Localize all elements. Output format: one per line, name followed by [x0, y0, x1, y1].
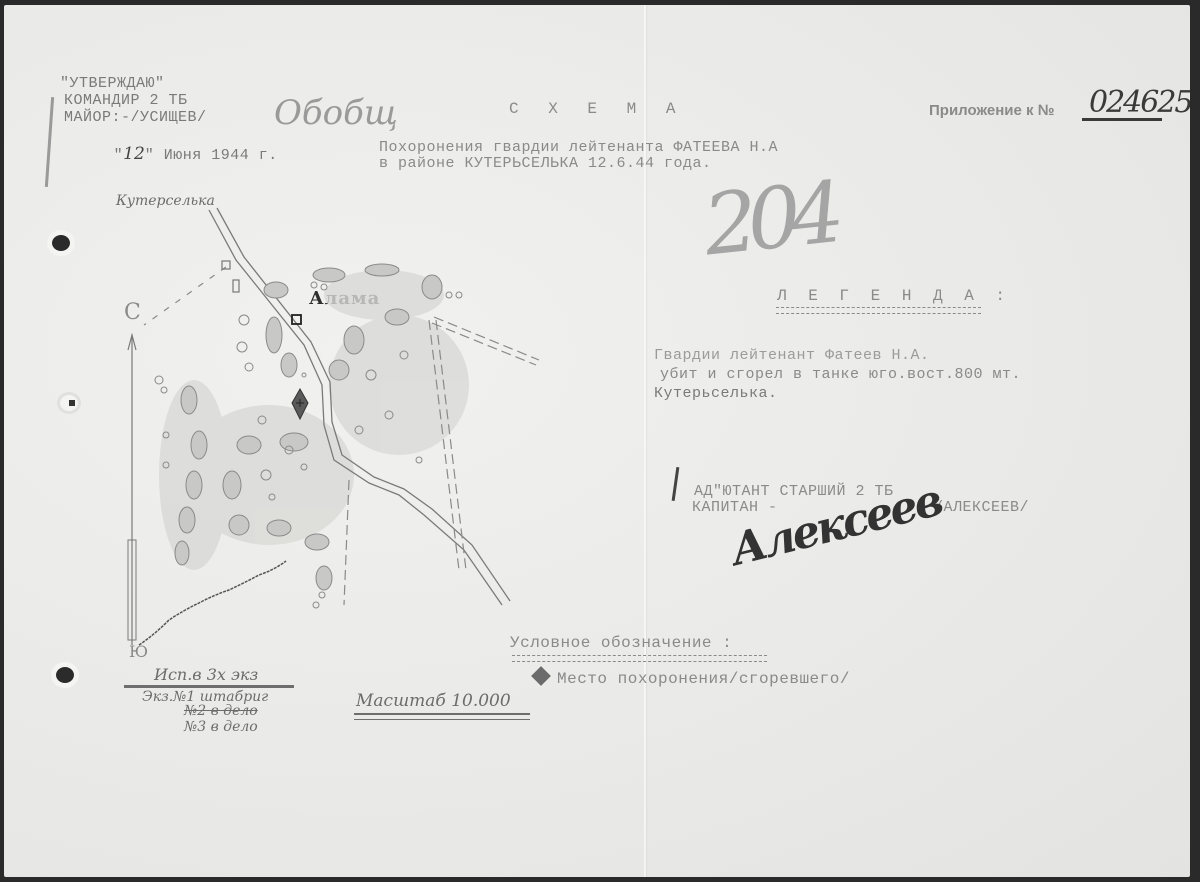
- document-sheet: "УТВЕРЖДАЮ" КОМАНДИР 2 ТБ МАЙОР:-/УСИЩЕВ…: [4, 5, 1190, 877]
- map-drawing: [4, 5, 1190, 877]
